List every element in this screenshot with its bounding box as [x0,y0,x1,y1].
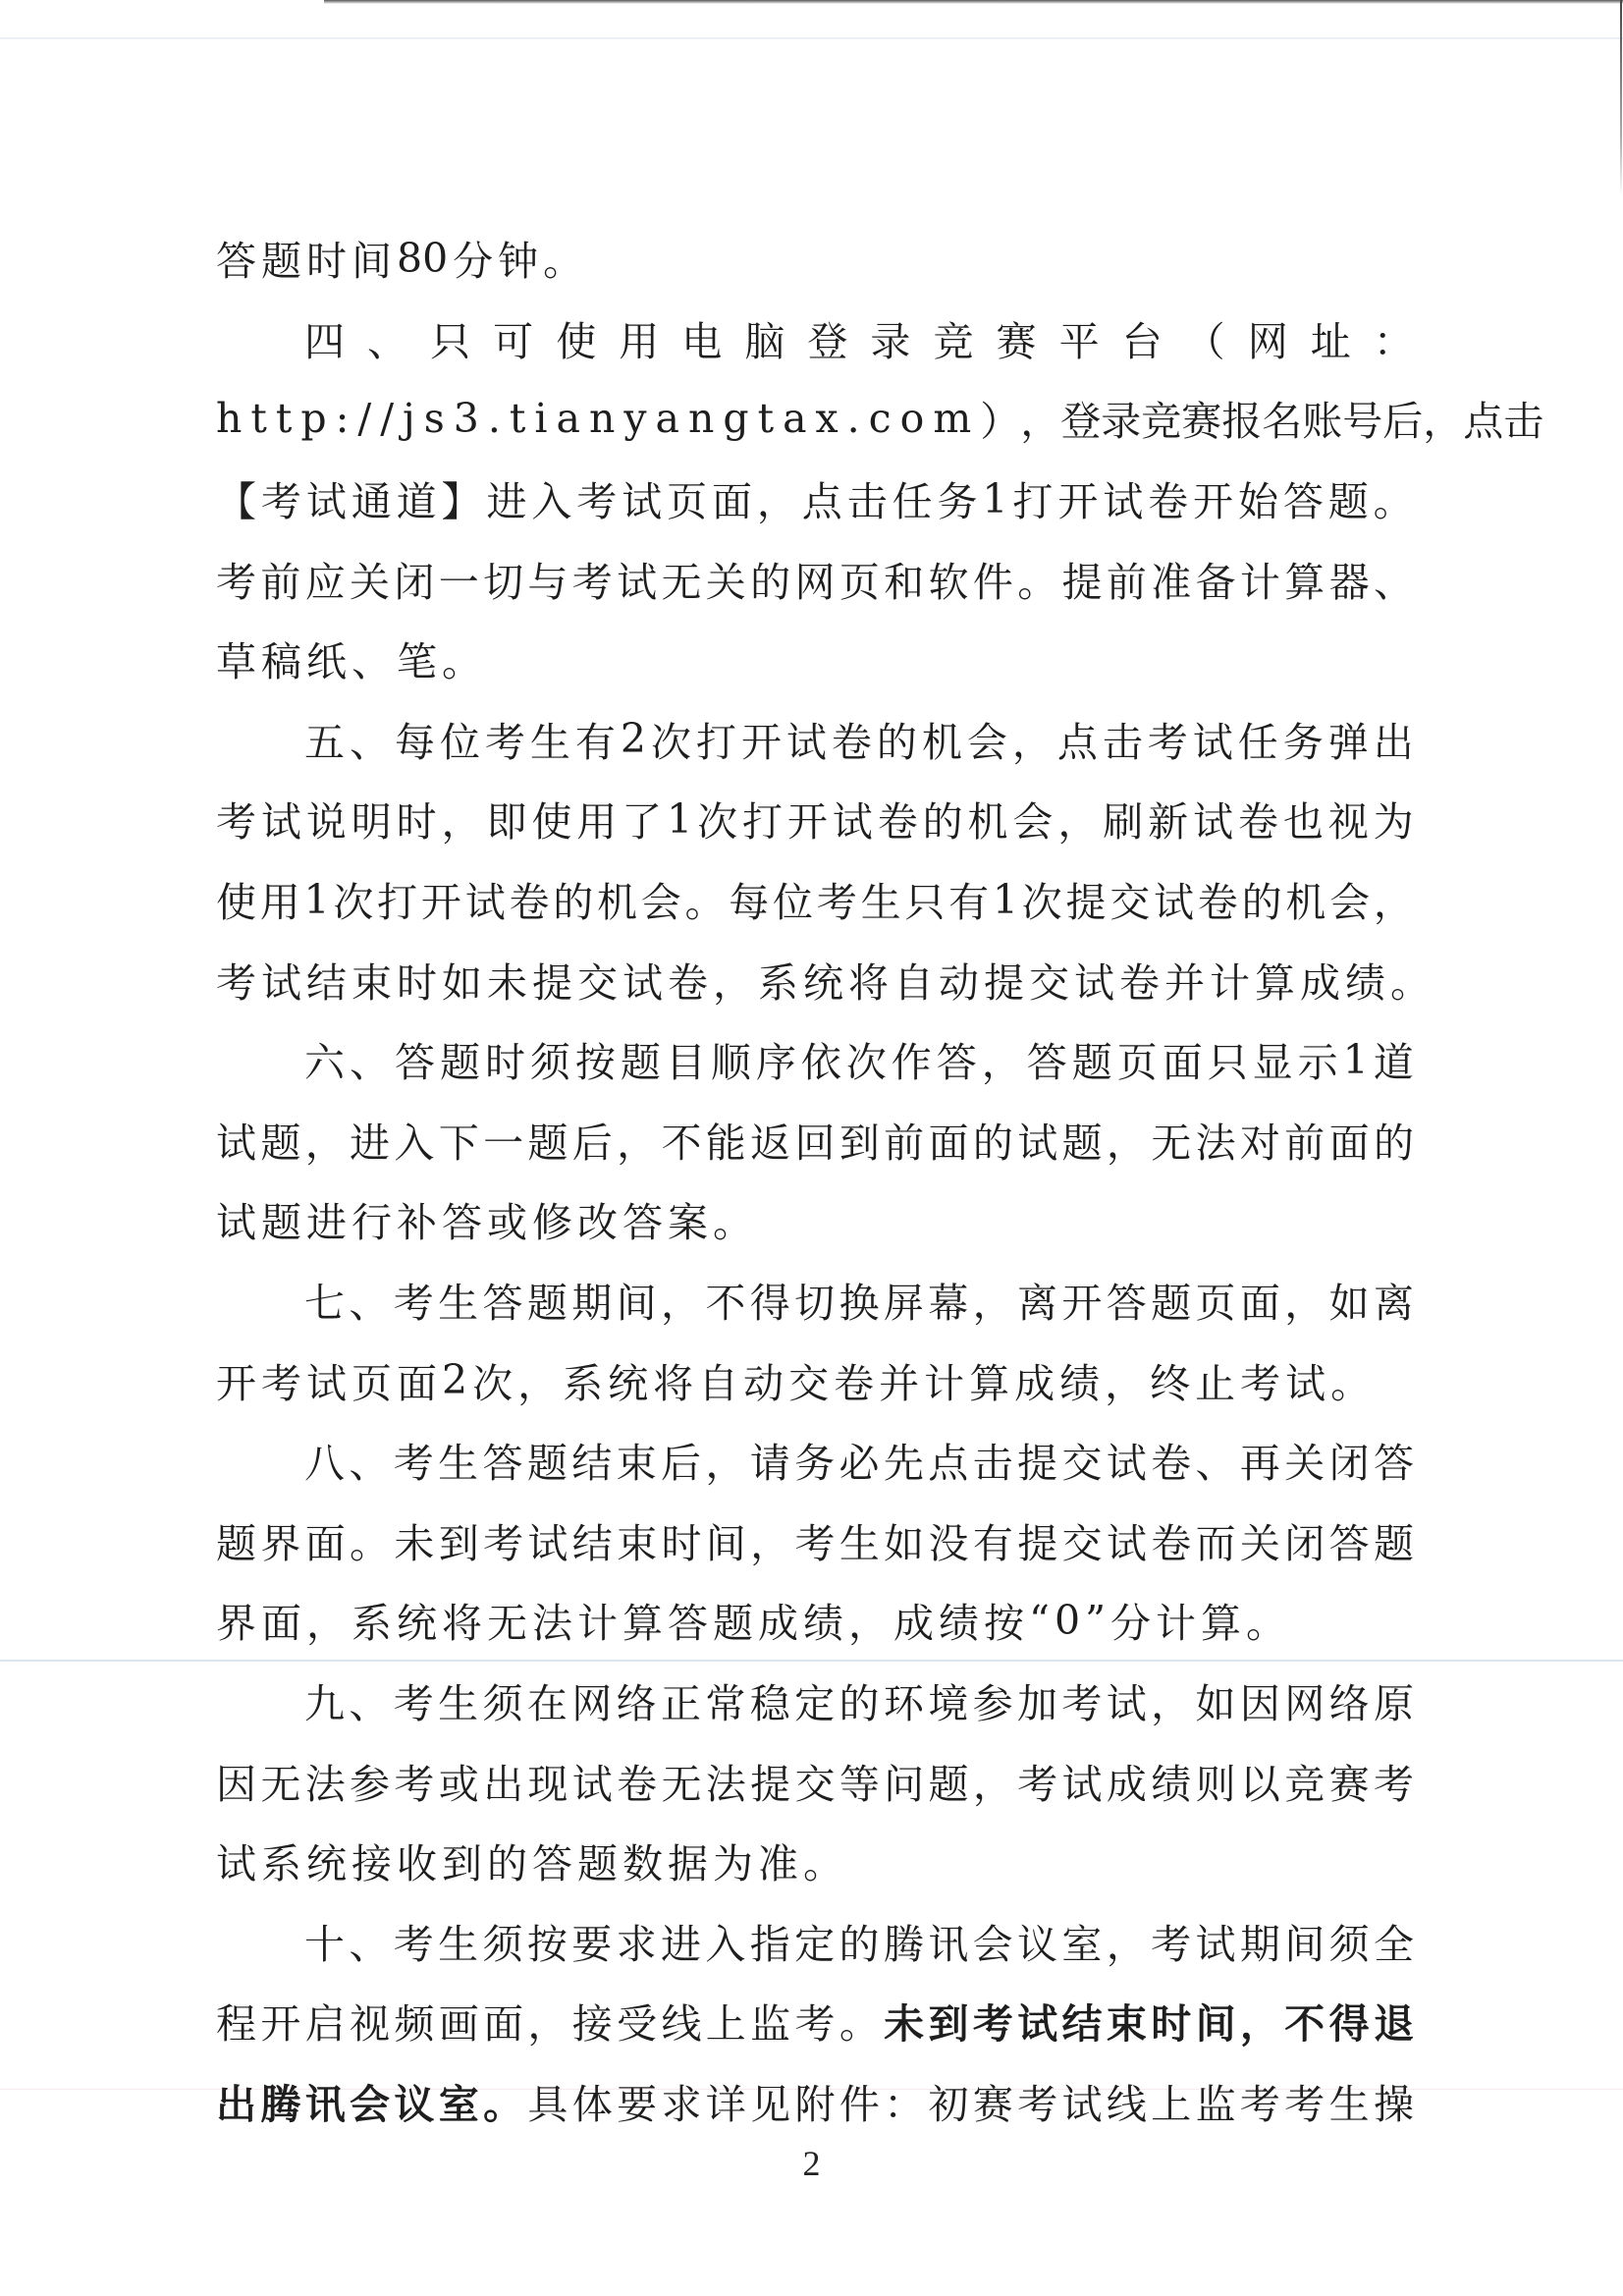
glyph: 统 [397,1591,437,1649]
bold-glyph: 未 [884,1992,924,2050]
glyph: 生 [438,1271,478,1329]
glyph: 纸 [306,629,347,687]
glyph: 面 [261,1591,301,1649]
glyph: 统 [803,951,843,1009]
glyph: 加 [1017,1671,1057,1729]
glyph: 答 [668,1591,708,1649]
glyph: 2 [442,1356,467,1403]
glyph: 道 [397,469,437,527]
text-line: 考试说明时，即使用了1次打开试卷的机会，刷新试卷也视为 [216,779,1414,859]
glyph: 须 [530,1030,570,1088]
bold-glyph: 。 [483,2072,523,2130]
glyph: 务 [794,1431,835,1489]
glyph: 题 [1151,1271,1191,1329]
glyph: 议 [1017,1912,1057,1970]
glyph: 依 [801,1030,841,1088]
glyph: 生 [861,870,901,928]
glyph: 竞 [1284,1752,1325,1810]
glyph: 六 [304,1030,345,1088]
glyph: 将 [442,1591,482,1649]
glyph: 生 [438,1671,478,1729]
glyph: 绩 [1345,951,1385,1009]
bold-glyph: 会 [350,2072,390,2130]
glyph: 并 [879,1351,919,1409]
glyph: 试 [833,790,873,847]
glyph: 答 [1283,469,1324,527]
glyph: 网 [1284,1671,1325,1729]
glyph: 间 [706,1511,746,1569]
glyph: ， [1012,710,1053,768]
glyph: 题 [1374,1511,1414,1569]
glyph: 算 [622,1591,663,1649]
glyph: 时 [661,1511,701,1569]
glyph: 的 [839,1912,880,1970]
glyph: 试 [261,790,301,847]
glyph: 点 [1463,389,1503,447]
glyph: 前 [260,550,300,608]
glyph: 络 [617,1671,657,1729]
glyph: 绩 [1151,1752,1191,1810]
glyph: “ [1029,1597,1050,1644]
glyph: 器 [1329,550,1370,608]
glyph: 次 [333,870,373,928]
glyph: 赛 [1329,1752,1370,1810]
paragraph-4-start: 四、只可使用电脑登录竞赛平台（网址： [216,299,1414,379]
glyph: 关 [350,550,390,608]
glyph: ， [973,1271,1013,1329]
glyph: 只 [904,870,945,928]
glyph: 见 [750,2072,790,2130]
glyph: 提 [1017,1431,1057,1489]
glyph: 有 [948,870,989,928]
glyph: 试 [1103,469,1143,527]
glyph: 定 [794,1912,835,1970]
bold-glyph: 到 [929,1992,969,2050]
glyph: 网 [571,1671,612,1729]
glyph: 成 [1107,1752,1147,1810]
glyph: 到 [442,1831,482,1889]
glyph: 会 [967,710,1007,768]
glyph: 试 [1193,710,1233,768]
glyph: 时 [397,951,437,1009]
glyph: 自 [893,951,934,1009]
glyph: 次 [651,710,691,768]
glyph: 80 [397,235,448,282]
glyph: 用 [576,790,617,847]
glyph: 、 [1374,550,1414,608]
glyph: 如 [1196,1671,1236,1729]
glyph: 入 [394,1111,434,1169]
glyph: ， [973,1752,1013,1810]
glyph: 试 [1107,1431,1147,1489]
glyph: 切 [483,550,523,608]
glyph: 的 [1374,1111,1414,1169]
glyph: 只 [430,309,470,367]
paragraph-8-start: 八、考生答题结束后，请务必先点击提交试卷、再关闭答 [216,1420,1414,1501]
glyph: 无 [487,1591,527,1649]
glyph: 试 [1107,1511,1147,1569]
glyph: 详 [706,2072,746,2130]
glyph: 操 [1374,2072,1414,2130]
glyph: 题 [929,1752,969,1810]
glyph: 系 [563,1351,603,1409]
glyph: 束 [617,1511,657,1569]
bold-glyph: 讯 [305,2072,346,2130]
glyph: 系 [758,951,798,1009]
glyph: 试 [1062,2072,1103,2130]
glyph: 面 [929,1111,969,1169]
glyph: 定 [794,1671,835,1729]
glyph: 提 [532,951,572,1009]
glyph: 址 [1311,309,1351,367]
bold-glyph: 间 [1196,1992,1236,2050]
glyph: 进 [486,469,526,527]
glyph: 按 [984,1591,1024,1649]
glyph: 无 [661,1752,701,1810]
glyph: 次 [846,1030,887,1088]
glyph: 切 [794,1271,835,1329]
glyph: 。 [803,1831,843,1889]
glyph: 入 [531,469,571,527]
glyph: 进 [306,1190,347,1248]
glyph: 为 [713,1831,753,1889]
glyph: 用 [260,870,300,928]
glyph: 答 [1374,1431,1414,1489]
glyph: 进 [661,1912,701,1970]
glyph: 机 [1285,870,1325,928]
glyph: 出 [1374,710,1414,768]
glyph: 考 [394,1431,434,1489]
glyph: 或 [439,1752,479,1810]
glyph: 界 [260,1511,300,1569]
glyph: 卷 [1198,870,1238,928]
glyph: 成 [1300,951,1340,1009]
glyph: 试 [527,1511,568,1569]
glyph: 室 [1061,1912,1102,1970]
glyph: 没 [929,1511,969,1569]
glyph: 页 [352,1351,392,1409]
glyph: 始 [1238,469,1278,527]
glyph: 监 [1196,2072,1236,2130]
glyph: 系 [352,1591,392,1649]
bold-glyph: 腾 [260,2072,300,2130]
glyph: ， [757,469,797,527]
glyph: 次 [1022,870,1062,928]
glyph: 答 [483,1271,523,1329]
glyph: 结 [572,1511,613,1569]
glyph: 请 [750,1431,790,1489]
glyph: 、 [367,309,407,367]
bold-glyph: 束 [1107,1992,1147,2050]
glyph: 考 [572,550,613,608]
glyph: 考 [1374,1752,1414,1810]
text-line-with-bold: 出腾讯会议室。具体要求详见附件：初赛考试线上监考考生操 [216,2061,1414,2142]
glyph: 位 [773,870,813,928]
glyph: 关 [706,550,746,608]
glyph: 目 [666,1030,706,1088]
glyph: 动 [939,951,979,1009]
glyph: 准 [1151,550,1191,608]
glyph: 网 [794,550,835,608]
glyph: 明 [352,790,392,847]
glyph: ， [713,951,753,1009]
paragraph-7-start: 七、考生答题期间，不得切换屏幕，离开答题页面，如离 [216,1260,1414,1340]
glyph: 上 [1151,2072,1191,2130]
glyph: 题 [713,1591,753,1649]
glyph: 答 [442,1190,482,1248]
glyph: 修 [532,1190,572,1248]
glyph: 试 [1193,790,1233,847]
glyph: 下 [439,1111,479,1169]
glyph: 面 [483,1992,523,2050]
glyph: 试 [216,1831,256,1889]
glyph: 生 [438,1912,478,1970]
glyph: 。 [1330,1351,1371,1409]
glyph: 界 [216,1591,256,1649]
glyph: 期 [1240,1912,1280,1970]
glyph: 生 [839,1511,880,1569]
glyph: 能 [706,1111,746,1169]
glyph: 开 [421,870,461,928]
glyph: 为 [1374,790,1414,847]
glyph: 考 [1017,2072,1057,2130]
glyph: 面 [712,469,752,527]
glyph: 。 [350,1511,390,1569]
glyph: 面 [397,1351,437,1409]
glyph: 的 [750,550,790,608]
glyph: 草 [216,629,256,687]
glyph: 考 [216,790,256,847]
glyph: 网 [1248,309,1288,367]
glyph: 成 [758,1591,798,1649]
paragraph-9-start: 九、考生须在网络正常稳定的环境参加考试，如因网络原 [216,1661,1414,1741]
glyph: 考 [483,1511,523,1569]
glyph: 答 [1027,1030,1067,1088]
glyph: 击 [847,469,888,527]
text-line: 题界面。未到考试结束时间，考生如没有提交试卷而关闭答题 [216,1501,1414,1581]
glyph: 开 [216,1351,256,1409]
glyph: 行 [352,1190,392,1248]
glyph: 间 [352,229,392,287]
paragraph-10-start: 十、考生须按要求进入指定的腾讯会议室，考试期间须全 [216,1900,1414,1981]
glyph: 题 [527,1271,568,1329]
glyph: 对 [1240,1111,1280,1169]
glyph: 号 [1342,389,1382,447]
glyph: 如 [884,1511,924,1569]
glyph: 交 [788,1351,829,1409]
glyph: 机 [597,870,637,928]
glyph: 机 [922,710,962,768]
glyph: 点 [928,1431,968,1489]
glyph: 案 [668,1190,708,1248]
glyph: 到 [839,1111,880,1169]
glyph: 开 [1193,469,1233,527]
glyph: 指 [750,1912,790,1970]
glyph: 考 [1151,1912,1191,1970]
bold-glyph: 退 [1374,1992,1414,2050]
glyph: 一 [439,550,479,608]
glyph: 正 [661,1671,701,1729]
glyph: 卷 [834,1351,874,1409]
glyph: 题 [621,1030,661,1088]
glyph: http://js3.tianyangtax.com [216,395,980,442]
glyph: 后 [1382,389,1423,447]
glyph: 法 [1196,1111,1236,1169]
glyph: 关 [1240,1511,1280,1569]
glyph: 再 [1240,1431,1280,1489]
glyph: ， [1057,790,1098,847]
glyph: 只 [1208,1030,1248,1088]
glyph: 击 [1503,389,1543,447]
glyph: 作 [892,1030,932,1088]
glyph: ， [982,1030,1022,1088]
glyph: 九 [304,1671,345,1729]
glyph: 不 [661,1111,701,1169]
glyph: 开 [787,790,828,847]
glyph: 体 [572,2072,613,2130]
glyph: 、 [350,1030,390,1088]
glyph: 境 [928,1671,968,1729]
glyph: 卷 [1151,1511,1191,1569]
glyph: 考 [1240,2072,1280,2130]
glyph: 五 [304,710,345,768]
glyph: ， [1107,1912,1147,1970]
glyph: 试 [786,710,827,768]
glyph: 试 [622,469,662,527]
text-line: 试题进行补答或修改答案。 [216,1179,1414,1260]
glyph: 试 [617,550,657,608]
glyph: 的 [923,790,963,847]
glyph: 试 [306,1351,347,1409]
glyph: ， [527,1992,568,2050]
glyph: 生 [438,1431,478,1489]
glyph: 题 [527,1431,568,1489]
glyph: 具 [527,2072,568,2130]
glyph: 考 [1284,2072,1325,2130]
glyph: 试 [465,870,506,928]
bold-glyph: 试 [1017,1992,1057,2050]
glyph: 如 [442,951,482,1009]
glyph: 分 [453,229,493,287]
glyph: 点 [802,469,842,527]
glyph: 在 [527,1671,568,1729]
glyph: 将 [653,1351,693,1409]
glyph: 页 [1117,1030,1158,1088]
glyph: 如 [1329,1271,1370,1329]
bold-glyph: 时 [1151,1992,1191,2050]
glyph: 线 [661,1992,701,2050]
glyph: 间 [617,1271,657,1329]
glyph: 次 [697,790,737,847]
glyph: 初 [929,2072,969,2130]
document-body: 答题时间80分钟。 四、只可使用电脑登录竞赛平台（网址： http://js3.… [216,218,1414,2141]
glyph: 按 [575,1030,616,1088]
glyph: 绩 [803,1591,843,1649]
glyph: 使 [531,790,571,847]
glyph: 顺 [711,1030,751,1088]
glyph: 终 [1150,1351,1190,1409]
glyph: 序 [756,1030,796,1088]
bold-glyph: 考 [973,1992,1013,2050]
glyph: （ [1185,309,1225,367]
glyph: 按 [527,1912,568,1970]
glyph: 名 [1262,389,1302,447]
glyph: 会 [1012,790,1053,847]
glyph: 、 [349,1431,389,1489]
glyph: 考 [794,1992,835,2050]
glyph: 进 [350,1111,390,1169]
glyph: 束 [617,1431,657,1489]
glyph: 动 [743,1351,784,1409]
glyph: 系 [261,1831,301,1889]
glyph: 频 [394,1992,434,2050]
glyph: 交 [1029,951,1069,1009]
glyph: 竞 [1141,389,1181,447]
glyph: 前 [1107,550,1147,608]
glyph: 考 [1061,1671,1102,1729]
glyph: 求 [661,2072,701,2130]
glyph: 。 [1374,469,1414,527]
glyph: 答 [1107,1271,1147,1329]
glyph: 的 [553,870,593,928]
glyph: 计 [924,1351,964,1409]
glyph: 笔 [397,629,437,687]
glyph: 0 [1055,1597,1080,1644]
glyph: 击 [1103,710,1143,768]
glyph: 算 [1255,951,1295,1009]
glyph: 任 [1238,710,1278,768]
glyph: 须 [483,1912,523,1970]
glyph: 也 [1283,790,1324,847]
glyph: 会 [1329,870,1370,928]
glyph: 考 [216,550,256,608]
glyph: 题 [527,1111,568,1169]
glyph: 讯 [928,1912,968,1970]
glyph: ， [848,1591,889,1649]
glyph: 答 [532,1831,572,1889]
glyph: 卷 [617,1752,657,1810]
glyph: 法 [305,1752,346,1810]
glyph: 点 [1057,710,1098,768]
glyph: 四 [304,309,345,367]
glyph: 离 [1374,1271,1414,1329]
glyph: 提 [1066,870,1107,928]
glyph: 生 [530,710,570,768]
bold-glyph: 得 [1329,1992,1370,2050]
glyph: 考 [261,469,301,527]
glyph: 弹 [1328,710,1369,768]
glyph: 页 [667,469,707,527]
glyph: 答 [216,229,256,287]
glyph: ， [1020,389,1060,447]
glyph: 则 [1196,1752,1236,1810]
glyph: 得 [750,1271,790,1329]
text-line: 答题时间80分钟。 [216,218,1414,299]
glyph: 平 [1059,309,1100,367]
bold-glyph: 出 [216,2072,256,2130]
bold-glyph: 室 [439,2072,479,2130]
glyph: 答 [395,1030,435,1088]
glyph: 试 [216,1111,256,1169]
glyph: 到 [439,1511,479,1569]
glyph: 件 [839,2072,880,2130]
glyph: 。 [1390,951,1431,1009]
glyph: 、 [352,629,392,687]
scan-edge-top [324,0,1623,4]
glyph: 或 [487,1190,527,1248]
glyph: 附 [794,2072,835,2130]
glyph: ： [1374,309,1414,367]
